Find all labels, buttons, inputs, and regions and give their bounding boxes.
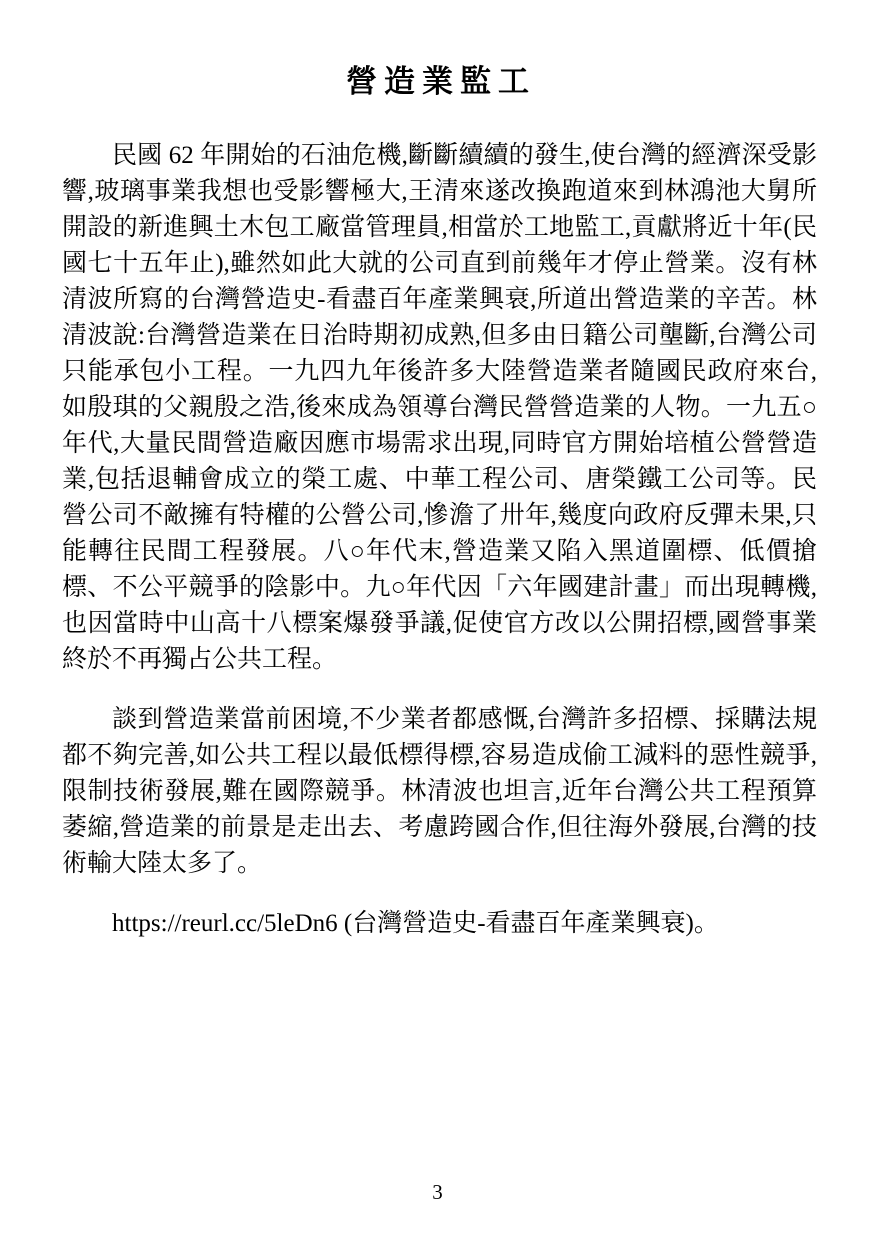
reference-line: https://reurl.cc/5leDn6 (台灣營造史-看盡百年產業興衰)… [62, 906, 817, 942]
document-body: 民國 62 年開始的石油危機,斷斷續續的發生,使台灣的經濟深受影響,玻璃事業我想… [62, 138, 817, 942]
paragraph-current-situation: 談到營造業當前困境,不少業者都感慨,台灣許多招標、採購法規都不夠完善,如公共工程… [62, 702, 817, 882]
reference-citation: (台灣營造史-看盡百年產業興衰)。 [338, 910, 719, 937]
paragraph-history: 民國 62 年開始的石油危機,斷斷續續的發生,使台灣的經濟深受影響,玻璃事業我想… [62, 138, 817, 678]
page-title: 營造業監工 [0, 0, 875, 102]
page-number: 3 [0, 1180, 875, 1204]
document-page: 營造業監工 民國 62 年開始的石油危機,斷斷續續的發生,使台灣的經濟深受影響,… [0, 0, 875, 1240]
reference-url[interactable]: https://reurl.cc/5leDn6 [112, 910, 338, 937]
